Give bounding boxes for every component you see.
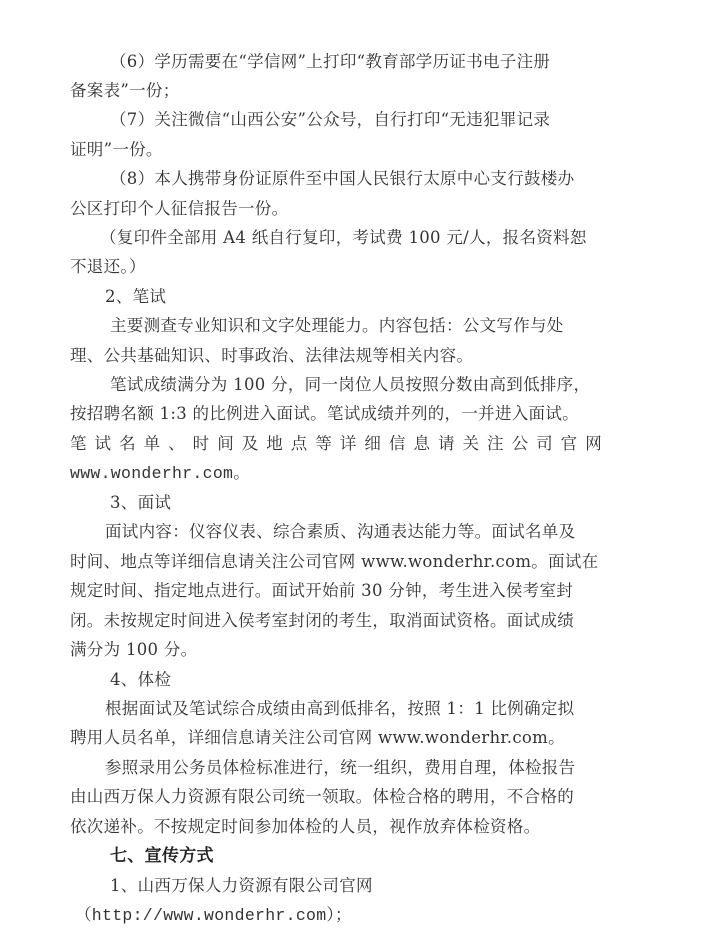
medical-exam-p2-line-1: 参照录用公务员体检标准进行，统一组织，费用自理，体检报告 — [105, 757, 575, 779]
note-line-1: （复印件全部用 A4 纸自行复印，考试费 100 元/人，报名资料恕 — [100, 227, 587, 249]
written-exam-website: www.wonderhr.com。 — [70, 463, 250, 485]
medical-exam-p2-line-2: 由山西万保人力资源有限公司统一领取。体检合格的聘用，不合格的 — [70, 786, 574, 808]
document-page: （6）学历需要在“学信网”上打印“教育部学历证书电子注册 备案表”一份； （7）… — [0, 0, 701, 951]
written-exam-heading: 2、笔试 — [105, 286, 166, 308]
interview-p1-line-3: 规定时间、指定地点进行。面试开始前 30 分钟，考生进入侯考室封 — [70, 580, 573, 602]
written-exam-p2-line-2: 按招聘名额 1:3 的比例进入面试。笔试成绩并列的，一并进入面试。 — [70, 403, 579, 425]
written-exam-p2-line-3: 笔试名单、时间及地点等详细信息请关注公司官网 — [70, 433, 602, 455]
item-7-line-2: 证明”一份。 — [70, 139, 163, 161]
item-8-line-2: 公区打印个人征信报告一份。 — [70, 198, 288, 220]
item-6-line-1: （6）学历需要在“学信网”上打印“教育部学历证书电子注册 — [110, 51, 550, 73]
medical-exam-p1-line-2: 聘用人员名单，详细信息请关注公司官网 www.wonderhr.com。 — [70, 727, 565, 749]
interview-p1-line-2: 时间、地点等详细信息请关注公司官网 www.wonderhr.com。面试在 — [70, 551, 598, 573]
interview-p1-line-4: 闭。未按规定时间进入侯考室封闭的考生，取消面试资格。面试成绩 — [70, 610, 574, 632]
note-line-2: 不退还。） — [70, 256, 146, 278]
interview-p1-line-1: 面试内容：仪容仪表、综合素质、沟通表达能力等。面试名单及 — [105, 521, 575, 543]
interview-p1-line-5: 满分为 100 分。 — [70, 639, 197, 661]
publicity-heading: 七、宣传方式 — [110, 845, 214, 867]
medical-exam-p1-line-1: 根据面试及笔试综合成绩由高到低排名，按照 1：1 比例确定拟 — [105, 698, 575, 720]
publicity-item-1-line-1: 1、山西万保人力资源有限公司官网 — [110, 875, 373, 897]
written-exam-p1-line-1: 主要测查专业知识和文字处理能力。内容包括：公文写作与处 — [110, 315, 564, 337]
medical-exam-heading: 4、体检 — [110, 669, 171, 691]
written-exam-p1-line-2: 理、公共基础知识、时事政治、法律法规等相关内容。 — [70, 345, 473, 367]
item-7-line-1: （7）关注微信“山西公安”公众号，自行打印“无违犯罪记录 — [110, 109, 550, 131]
publicity-item-1-url: （http://www.wonderhr.com）； — [75, 905, 352, 927]
interview-heading: 3、面试 — [110, 492, 171, 514]
item-6-line-2: 备案表”一份； — [70, 80, 180, 102]
written-exam-p2-line-1: 笔试成绩满分为 100 分，同一岗位人员按照分数由高到低排序， — [110, 374, 590, 396]
medical-exam-p2-line-3: 依次递补。不按规定时间参加体检的人员，视作放弃体检资格。 — [70, 816, 540, 838]
item-8-line-1: （8）本人携带身份证原件至中国人民银行太原中心支行鼓楼办 — [110, 168, 574, 190]
